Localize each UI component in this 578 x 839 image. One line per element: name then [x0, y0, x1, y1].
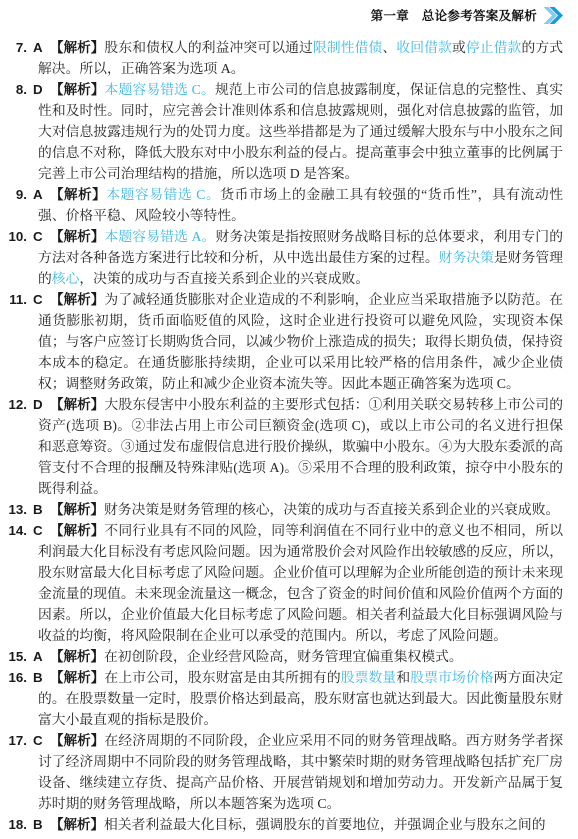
item-number: 8. [0, 79, 27, 100]
highlighted-term: 财务决策 [439, 250, 494, 265]
highlighted-term: 本题容易错选 C。 [106, 187, 220, 202]
item-answer-letter: A [33, 646, 43, 667]
item-number: 13. [0, 499, 27, 520]
answer-item: 8. D 【解析】本题容易错选 C。规范上市公司的信息披露制度，保证信息的完整性… [0, 79, 563, 184]
text-segment: ，决策的成功与否直接关系到企业的兴衰成败。 [79, 271, 369, 286]
item-number: 15. [0, 646, 27, 667]
answer-item: 15. A 【解析】在初创阶段，企业经营风险高，财务管理宜偏重集权模式。 [0, 646, 563, 667]
text-segment: 为了减轻通货膨胀对企业造成的不利影响，企业应当采取措施予以防范。在通货膨胀初期，… [38, 292, 563, 391]
analysis-label: 【解析】 [50, 82, 105, 97]
analysis-text: 不同行业具有不同的风险，同等利润值在不同行业中的意义也不相同，所以利润最大化目标… [38, 523, 563, 643]
item-answer-letter: C [33, 520, 43, 541]
item-answer-letter: B [33, 499, 43, 520]
item-number: 17. [0, 730, 27, 751]
item-number: 11. [0, 289, 27, 310]
analysis-label: 【解析】 [50, 40, 104, 55]
analysis-label: 【解析】 [50, 187, 106, 202]
highlighted-term: 股票市场价格 [410, 670, 493, 685]
analysis-label: 【解析】 [50, 523, 104, 538]
analysis-label: 【解析】 [50, 229, 104, 244]
item-number: 16. [0, 667, 27, 688]
highlighted-term: 停止借款 [466, 40, 522, 55]
answer-item: 12. D 【解析】大股东侵害中小股东利益的主要形式包括：①利用关联交易转移上市… [0, 394, 563, 499]
highlighted-term: 本题容易错选 A。 [104, 229, 215, 244]
answer-item: 16. B 【解析】在上市公司，股东财富是由其所拥有的股票数量和股票市场价格两方… [0, 667, 563, 730]
text-segment: 在上市公司，股东财富是由其所拥有的 [104, 670, 340, 685]
analysis-label: 【解析】 [50, 292, 104, 307]
chapter-title: 第一章 总论参考答案及解析 [371, 6, 537, 24]
answer-item: 14. C 【解析】不同行业具有不同的风险，同等利润值在不同行业中的意义也不相同… [0, 520, 563, 646]
answer-item: 9. A 【解析】本题容易错选 C。货币市场上的金融工具有较强的“货币性”，具有… [0, 184, 563, 226]
analysis-text: 本题容易错选 C。规范上市公司的信息披露制度，保证信息的完整性、真实性和及时性。… [38, 82, 563, 181]
item-number: 14. [0, 520, 27, 541]
answer-list: 7. A 【解析】股东和债权人的利益冲突可以通过限制性借债、收回借款或停止借款的… [0, 37, 563, 835]
item-answer-letter: C [33, 226, 43, 247]
text-segment: 财务决策是财务管理的核心，决策的成功与否直接关系到企业的兴衰成败。 [104, 502, 559, 517]
analysis-text: 相关者利益最大化目标，强调股东的首要地位，并强调企业与股东之间的 [104, 817, 546, 832]
item-number: 9. [0, 184, 27, 205]
highlighted-term: 收回借款 [396, 40, 452, 55]
analysis-label: 【解析】 [50, 733, 104, 748]
answer-item: 18. B 【解析】相关者利益最大化目标，强调股东的首要地位，并强调企业与股东之… [0, 814, 563, 835]
item-number: 18. [0, 814, 27, 835]
answer-item: 7. A 【解析】股东和债权人的利益冲突可以通过限制性借债、收回借款或停止借款的… [0, 37, 563, 79]
text-segment: 在初创阶段，企业经营风险高，财务管理宜偏重集权模式。 [104, 649, 463, 664]
item-answer-letter: B [33, 667, 43, 688]
text-segment: 、 [382, 40, 396, 55]
highlighted-term: 限制性借债 [313, 40, 383, 55]
analysis-text: 本题容易错选 A。财务决策是指按照财务战略目标的总体要求，利用专门的方法对各种备… [38, 229, 563, 286]
item-answer-letter: D [33, 394, 43, 415]
item-answer-letter: C [33, 730, 43, 751]
answer-item: 11. C 【解析】为了减轻通货膨胀对企业造成的不利影响，企业应当采取措施予以防… [0, 289, 563, 394]
double-chevron-icon [542, 7, 563, 24]
analysis-label: 【解析】 [50, 397, 104, 412]
item-answer-letter: A [33, 184, 43, 205]
analysis-text: 在经济周期的不同阶段，企业应采用不同的财务管理战略。西方财务学者探讨了经济周期中… [38, 733, 563, 811]
analysis-label: 【解析】 [50, 817, 104, 832]
item-answer-letter: B [33, 814, 43, 835]
text-segment: 在经济周期的不同阶段，企业应采用不同的财务管理战略。西方财务学者探讨了经济周期中… [38, 733, 563, 811]
text-segment: 或 [452, 40, 466, 55]
item-answer-letter: C [33, 289, 43, 310]
text-segment: 股东和债权人的利益冲突可以通过 [104, 40, 313, 55]
analysis-text: 本题容易错选 C。货币市场上的金融工具有较强的“货币性”，具有流动性强、价格平稳… [38, 187, 563, 223]
analysis-text: 为了减轻通货膨胀对企业造成的不利影响，企业应当采取措施予以防范。在通货膨胀初期，… [38, 292, 563, 391]
analysis-text: 财务决策是财务管理的核心，决策的成功与否直接关系到企业的兴衰成败。 [104, 502, 559, 517]
analysis-text: 在初创阶段，企业经营风险高，财务管理宜偏重集权模式。 [104, 649, 463, 664]
analysis-text: 在上市公司，股东财富是由其所拥有的股票数量和股票市场价格两方面决定的。在股票数量… [38, 670, 563, 727]
analysis-label: 【解析】 [50, 670, 104, 685]
text-segment: 相关者利益最大化目标，强调股东的首要地位，并强调企业与股东之间的 [104, 817, 546, 832]
analysis-text: 大股东侵害中小股东利益的主要形式包括：①利用关联交易转移上市公司的资产(选项 B… [38, 397, 563, 496]
book-page: { "header": { "title": "第一章 总论参考答案及解析", … [0, 0, 578, 839]
analysis-label: 【解析】 [50, 649, 104, 664]
item-number: 12. [0, 394, 27, 415]
highlighted-term: 核心 [52, 271, 80, 286]
answer-item: 13. B 【解析】财务决策是财务管理的核心，决策的成功与否直接关系到企业的兴衰… [0, 499, 563, 520]
item-answer-letter: A [33, 37, 43, 58]
page-header: 第一章 总论参考答案及解析 [371, 6, 563, 24]
answer-item: 10. C 【解析】本题容易错选 A。财务决策是指按照财务战略目标的总体要求，利… [0, 226, 563, 289]
item-number: 10. [0, 226, 27, 247]
item-number: 7. [0, 37, 27, 58]
highlighted-term: 股票数量 [341, 670, 397, 685]
analysis-text: 股东和债权人的利益冲突可以通过限制性借债、收回借款或停止借款的方式解决。所以，正… [38, 40, 563, 76]
highlighted-term: 本题容易错选 C。 [105, 82, 215, 97]
text-segment: 不同行业具有不同的风险，同等利润值在不同行业中的意义也不相同，所以利润最大化目标… [38, 523, 563, 643]
text-segment: 大股东侵害中小股东利益的主要形式包括：①利用关联交易转移上市公司的资产(选项 B… [38, 397, 563, 496]
analysis-label: 【解析】 [50, 502, 104, 517]
item-answer-letter: D [33, 79, 43, 100]
answer-item: 17. C 【解析】在经济周期的不同阶段，企业应采用不同的财务管理战略。西方财务… [0, 730, 563, 814]
text-segment: 和 [396, 670, 410, 685]
